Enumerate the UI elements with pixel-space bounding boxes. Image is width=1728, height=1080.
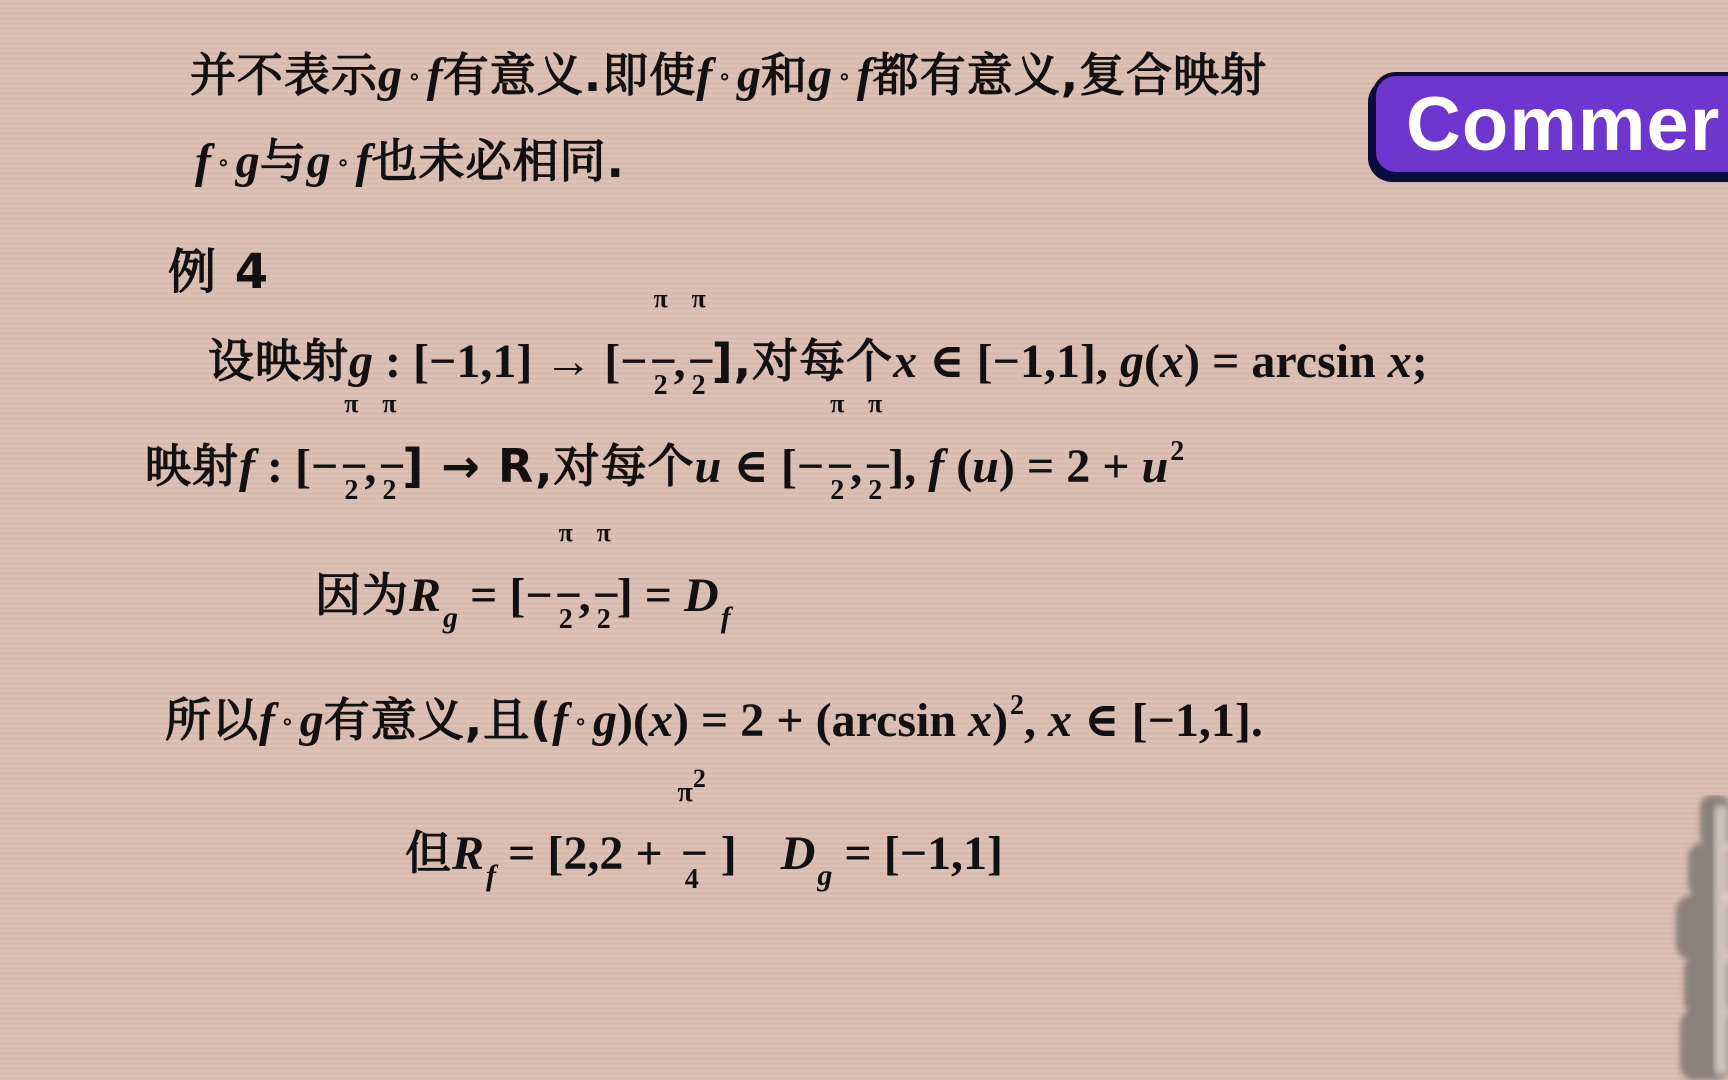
exponent: 2	[1010, 690, 1024, 721]
but-line: 但Rf = [2,2 + π2−4 ]Dg = [−1,1]	[405, 830, 1003, 891]
fraction-pi-over-2: π−2	[862, 443, 888, 491]
subscript: g	[817, 859, 832, 892]
math-segment: = [2,2 +	[496, 827, 675, 880]
math-segment: ]	[709, 827, 737, 880]
compose-operator: ∘	[838, 62, 851, 91]
text-segment: 也未必相同.	[371, 134, 624, 188]
fraction-numerator: π	[591, 520, 617, 546]
math-var-x: x	[968, 694, 992, 747]
math-var-R: R	[409, 569, 441, 622]
text-segment: 映射	[145, 439, 239, 493]
math-segment: (	[944, 440, 972, 493]
math-var-f: f	[355, 135, 371, 188]
compose-operator: ∘	[281, 707, 294, 736]
fraction-denominator: 2	[338, 477, 364, 505]
compose-operator: ∘	[574, 707, 587, 736]
math-var-x: x	[1388, 335, 1412, 388]
math-var-D: D	[781, 827, 816, 880]
comment-button-label: Commer	[1406, 81, 1720, 168]
compose-operator: ∘	[408, 62, 421, 91]
comment-button[interactable]: Commer	[1372, 72, 1728, 176]
compose-operator: ∘	[718, 62, 731, 91]
exponent: 2	[693, 764, 706, 793]
fraction-denominator: 2	[686, 372, 712, 400]
math-segment: ) = arcsin	[1184, 335, 1388, 388]
fraction-denominator: 4	[675, 866, 709, 894]
mapping-f-line: 映射f : [−π−2,π−2] → R,对每个u ∈ [−π−2,π−2], …	[145, 438, 1184, 491]
fraction-pi-over-2: π−2	[824, 443, 850, 491]
fraction-numerator: π	[553, 520, 579, 546]
math-segment: )(	[617, 694, 649, 747]
text-segment: 设映射	[208, 334, 349, 388]
text-segment: 有意义,且(	[324, 693, 553, 747]
math-segment: = [−1,1]	[832, 827, 1003, 880]
math-var-f: f	[239, 440, 255, 493]
math-segment: : [−	[255, 440, 338, 493]
intro-line-2: f∘g与g∘f也未必相同.	[195, 138, 625, 186]
math-var-R: R	[452, 827, 484, 880]
math-var-x: x	[649, 694, 673, 747]
intro-line-1: 并不表示g∘f有意义.即使f∘g和g∘f都有意义,复合映射	[190, 52, 1267, 100]
math-segment: ],	[888, 440, 928, 493]
math-var-g: g	[300, 694, 324, 747]
fraction-pi-over-2: π−2	[338, 443, 364, 491]
text-segment: ],对每个	[712, 334, 894, 388]
math-var-g: g	[236, 135, 260, 188]
math-var-x: x	[1048, 694, 1072, 747]
text-segment: 但	[405, 826, 452, 880]
fraction-numerator: π	[686, 286, 712, 312]
math-var-f: f	[195, 135, 211, 188]
math-var-g: g	[737, 49, 761, 102]
text-segment: 和	[761, 48, 808, 102]
text-segment: 并不表示	[190, 48, 378, 102]
math-segment: ,	[1024, 694, 1048, 747]
math-segment: : [−1,1] → [−	[373, 335, 648, 388]
math-var-u: u	[1142, 440, 1169, 493]
math-segment: ∈ [−1,1].	[1072, 694, 1263, 747]
math-var-g: g	[349, 335, 373, 388]
fraction-numerator: π	[824, 391, 850, 417]
fraction-denominator: 2	[648, 372, 674, 400]
math-var-g: g	[1120, 335, 1144, 388]
fraction-denominator: 2	[862, 477, 888, 505]
fraction-numerator: π2	[675, 766, 709, 807]
example-title: 例 4	[168, 248, 269, 296]
pi-symbol: π	[678, 777, 693, 808]
fraction-pi-over-2: π−2	[553, 572, 579, 620]
math-segment: ) = 2 + (arcsin	[673, 694, 968, 747]
math-segment: ] =	[617, 569, 684, 622]
fraction-denominator: 2	[376, 477, 402, 505]
text-segment: 有意义.即使	[443, 48, 696, 102]
fraction-pi-squared-over-4: π2−4	[675, 830, 709, 878]
decorative-object	[1658, 795, 1728, 1080]
math-segment: ∈ [−1,1],	[917, 335, 1120, 388]
math-var-u: u	[972, 440, 999, 493]
math-var-u: u	[695, 440, 722, 493]
fraction-numerator: π	[338, 391, 364, 417]
math-segment: )	[992, 694, 1008, 747]
math-var-f: f	[696, 49, 712, 102]
math-var-x: x	[1160, 335, 1184, 388]
fraction-denominator: 2	[591, 606, 617, 634]
math-var-f: f	[259, 694, 275, 747]
mapping-g-line: 设映射g : [−1,1] → [−π−2,π−2],对每个x ∈ [−1,1]…	[208, 338, 1428, 386]
text-segment: 所以	[165, 693, 259, 747]
math-segment: ;	[1412, 335, 1428, 388]
math-var-f: f	[552, 694, 568, 747]
therefore-line: 所以f∘g有意义,且(f∘g)(x) = 2 + (arcsin x)2, x …	[165, 692, 1263, 745]
math-var-g: g	[593, 694, 617, 747]
math-segment: = [−	[458, 569, 553, 622]
math-segment: (	[1144, 335, 1160, 388]
fraction-pi-over-2: π−2	[686, 338, 712, 386]
compose-operator: ∘	[217, 148, 230, 177]
math-var-x: x	[893, 335, 917, 388]
fraction-numerator: π	[648, 286, 674, 312]
fraction-numerator: π	[376, 391, 402, 417]
subscript: f	[486, 859, 496, 892]
math-var-f: f	[427, 49, 443, 102]
text-segment: 都有意义,复合映射	[873, 48, 1267, 102]
math-var-f: f	[857, 49, 873, 102]
math-var-g: g	[808, 49, 832, 102]
fraction-pi-over-2: π−2	[648, 338, 674, 386]
fraction-pi-over-2: π−2	[591, 572, 617, 620]
math-segment: ) = 2 +	[999, 440, 1142, 493]
math-var-D: D	[684, 569, 719, 622]
math-var-g: g	[307, 135, 331, 188]
math-var-g: g	[378, 49, 402, 102]
text-segment: 因为	[315, 568, 409, 622]
exponent: 2	[1170, 436, 1184, 467]
text-segment: 与	[260, 134, 307, 188]
fraction-numerator: π	[862, 391, 888, 417]
subscript: f	[721, 601, 731, 634]
math-var-f: f	[928, 440, 944, 493]
because-line: 因为Rg = [−π−2,π−2] = Df	[315, 572, 731, 633]
fraction-denominator: 2	[553, 606, 579, 634]
subscript: g	[443, 601, 458, 634]
fraction-pi-over-2: π−2	[376, 443, 402, 491]
text-segment: ] → R,对每个	[402, 439, 694, 493]
compose-operator: ∘	[337, 148, 350, 177]
fraction-denominator: 2	[824, 477, 850, 505]
math-segment: ∈ [−	[721, 440, 824, 493]
